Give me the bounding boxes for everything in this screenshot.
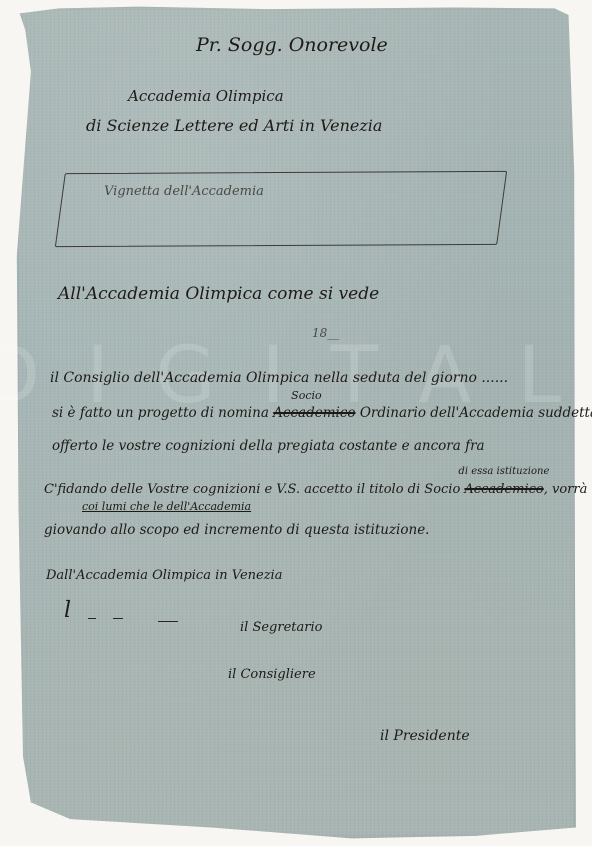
body-line-4-prefix: C'fidando delle Vostre cognizioni e V.S.… bbox=[44, 482, 464, 497]
insertion-below: coi lumi che le dell'Accademia bbox=[82, 500, 251, 513]
date-line: l bbox=[64, 598, 71, 623]
salutation: All'Accademia Olimpica come si vede bbox=[58, 284, 379, 304]
body-line-3: offerto le vostre cognizioni della pregi… bbox=[52, 438, 485, 454]
insertion-above: Socio bbox=[291, 389, 321, 402]
struck-word: Accademico bbox=[273, 405, 355, 421]
struck-word: Accademico bbox=[464, 482, 543, 497]
body-line-2-suffix: Ordinario dell'Accademia suddetta, il qu… bbox=[356, 405, 592, 421]
date-blank-1 bbox=[88, 618, 96, 619]
insertion-above: di essa istituzione bbox=[458, 466, 549, 477]
addressee-line: di Scienze Lettere ed Arti in Venezia bbox=[86, 116, 382, 135]
body-line-2-prefix: si è fatto un progetto di nomina bbox=[52, 405, 273, 421]
body-line-5: giovando allo scopo ed incremento di que… bbox=[44, 522, 429, 538]
body-line-4: C'fidando delle Vostre cognizioni e V.S.… bbox=[44, 482, 587, 497]
place-line: Dall'Accademia Olimpica in Venezia bbox=[46, 568, 282, 583]
signature-councillor: il Consigliere bbox=[228, 667, 316, 682]
document-heading: Pr. Sogg. Onorevole bbox=[196, 34, 388, 56]
signature-secretary: il Segretario bbox=[240, 620, 322, 635]
body-line-2: si è fatto un progetto di nomina Accadem… bbox=[52, 405, 592, 421]
body-line-1: il Consiglio dell'Accademia Olimpica nel… bbox=[50, 370, 508, 386]
date-fragment: 18__ bbox=[312, 326, 339, 340]
body-line-4-suffix: , vorrà bbox=[544, 482, 588, 497]
signature-president: il Presidente bbox=[380, 728, 470, 744]
date-blank-2 bbox=[113, 618, 123, 619]
date-blank-3 bbox=[158, 621, 178, 622]
institution-name: Accademia Olimpica bbox=[128, 87, 284, 105]
vignette-box bbox=[55, 171, 507, 247]
vignette-label: Vignetta dell'Accademia bbox=[104, 184, 264, 199]
